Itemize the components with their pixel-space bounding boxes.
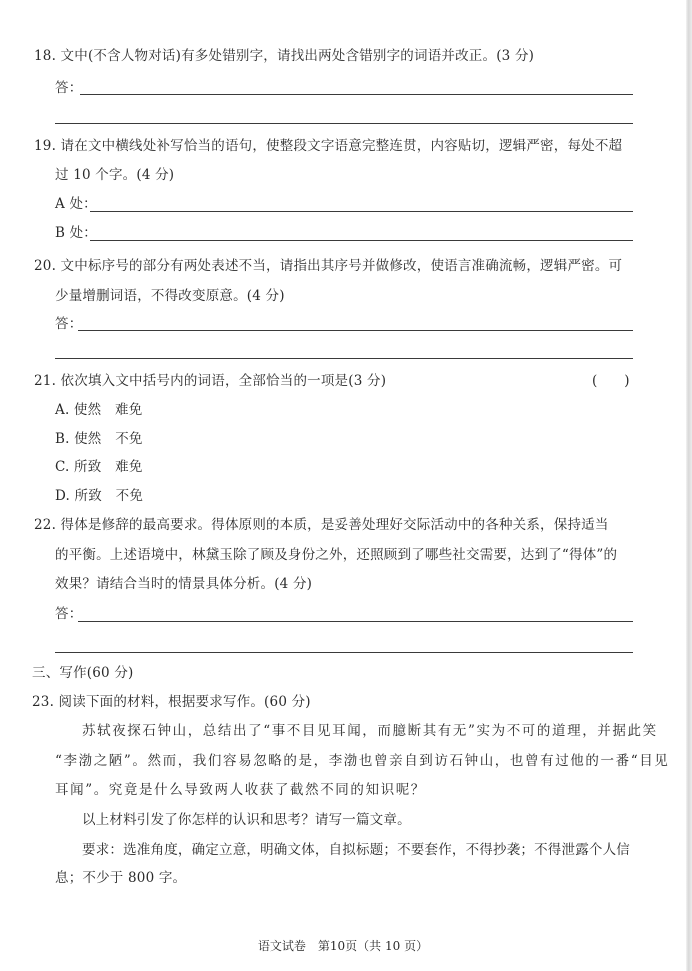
question-23-text: 23. 阅读下面的材料，根据要求写作。(60 分) (32, 693, 311, 711)
question-23-prompt: 以上材料引发了你怎样的认识和思考？请写一篇文章。 (82, 811, 411, 829)
question-20-answer-line-1[interactable] (78, 330, 633, 331)
question-23-material-line-1: 苏轼夜探石钟山，总结出了“事不目见耳闻，而臆断其有无”实为不可的道理，并据此笑 (82, 722, 658, 740)
question-20-text-line-1: 20. 文中标序号的部分有两处表述不当，请指出其序号并做修改，使语言准确流畅，逻… (34, 257, 622, 275)
question-21-option-d: D. 所致 不免 (55, 487, 143, 505)
question-23-material-line-3: 耳闻”。究竟是什么导致两人收获了截然不同的知识呢？ (55, 781, 426, 799)
exam-page: 18. 文中(不含人物对话)有多处错别字，请找出两处含错别字的词语并改正。(3 … (0, 0, 686, 971)
page-edge-border (686, 0, 692, 971)
question-18-answer-line-1[interactable] (80, 94, 633, 95)
question-22-text-line-3: 效果？请结合当时的情景具体分析。(4 分) (55, 575, 312, 593)
question-23-requirements-line-2: 息；不少于 800 字。 (55, 869, 186, 887)
question-19-b-answer-line[interactable] (90, 240, 633, 241)
question-19-a-answer-line[interactable] (90, 211, 633, 212)
question-21-option-a: A. 使然 难免 (55, 401, 142, 419)
question-18-answer-label: 答： (55, 79, 82, 97)
section-3-title: 三、写作(60 分) (32, 664, 134, 682)
question-19-text-line-1: 19. 请在文中横线处补写恰当的语句，使整段文字语意完整连贯，内容贴切，逻辑严密… (34, 137, 622, 155)
question-20-text-line-2: 少量增删词语，不得改变原意。(4 分) (55, 287, 285, 305)
question-21-text: 21. 依次填入文中括号内的词语，全部恰当的一项是(3 分) (34, 372, 386, 390)
question-21-answer-bracket[interactable]: ( ) (592, 372, 630, 390)
page-footer: 语文试卷 第10页（共 10 页） (0, 937, 686, 954)
question-21-option-c: C. 所致 难免 (55, 458, 143, 476)
question-21-option-b: B. 使然 不免 (55, 430, 143, 448)
question-20-answer-line-2[interactable] (55, 358, 633, 359)
question-22-text-line-1: 22. 得体是修辞的最高要求。得体原则的本质，是妥善处理好交际活动中的各种关系，… (34, 516, 609, 534)
question-23-requirements-line-1: 要求：选准角度，确定立意，明确文体，自拟标题；不要套作，不得抄袭；不得泄露个人信 (82, 841, 630, 859)
question-22-text-line-2: 的平衡。上述语境中，林黛玉除了顾及身份之外，还照顾到了哪些社交需要，达到了“得体… (55, 546, 617, 564)
question-22-answer-line-2[interactable] (55, 652, 633, 653)
question-18-answer-line-2[interactable] (55, 123, 633, 124)
question-23-material-line-2: “李渤之陋”。然而，我们容易忽略的是，李渤也曾亲自到访石钟山，也曾有过他的一番“… (55, 752, 669, 770)
question-22-answer-line-1[interactable] (78, 621, 633, 622)
question-19-text-line-2: 过 10 个字。(4 分) (55, 166, 174, 184)
question-18-text: 18. 文中(不含人物对话)有多处错别字，请找出两处含错别字的词语并改正。(3 … (34, 47, 534, 65)
